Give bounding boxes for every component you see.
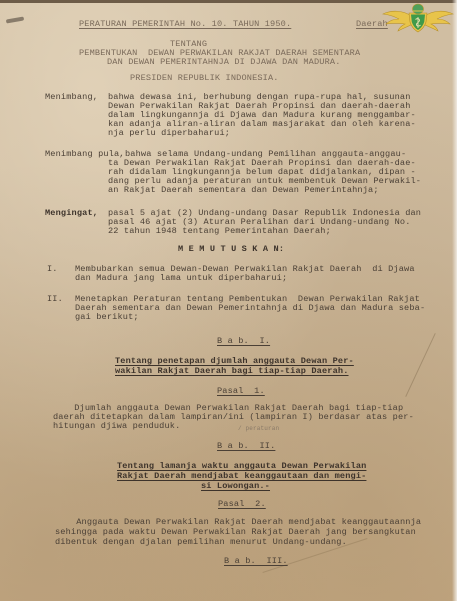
- winged-crest-logo-icon: [381, 2, 455, 34]
- decision-number: I.: [47, 265, 58, 275]
- article-line: hitungan djiwa penduduk.: [53, 422, 180, 432]
- article-heading: Pasal 1.: [217, 387, 265, 397]
- chapter-subtitle-line: wakilan Rakjat Daerah bagi tiap-tiap Dae…: [115, 367, 349, 377]
- article-heading: Pasal 2.: [218, 500, 266, 510]
- paper-crease: [405, 333, 435, 397]
- handwritten-note: / peraturan: [238, 424, 279, 434]
- paper-right-edge: [452, 0, 457, 601]
- decision-line: gai berikut;: [75, 313, 139, 323]
- regulation-title: PERATURAN PEMERINTAH No. 10. TAHUN 1950.: [79, 20, 291, 30]
- decision-number: II.: [47, 295, 63, 305]
- consideration-label: Mengingat,: [45, 209, 98, 219]
- chapter-heading: B a b. I.: [217, 337, 270, 347]
- chapter-heading: B a b. II.: [217, 442, 275, 452]
- title-line-3: DAN DEWAN PEMERINTAHNJA DI DJAWA DAN MAD…: [107, 58, 341, 68]
- consideration-line: nja perlu diperbaharui;: [108, 129, 230, 139]
- decision-line: dan Madura jang lama untuk diperbaharui;: [75, 274, 287, 284]
- issuer-line: PRESIDEN REPUBLIK INDONESIA.: [130, 74, 279, 84]
- consideration-line: an Rakjat Daerah sementara dan Dewan Pem…: [108, 186, 379, 196]
- consideration-line: 22 tahun 1948 tentang Pemerintahan Daera…: [108, 227, 331, 237]
- consideration-label: Menimbang,: [45, 93, 98, 103]
- article-line: dibentuk dengan djalan pemilihan menurut…: [55, 538, 347, 548]
- decision-heading: M E M U T U S K A N:: [178, 245, 284, 255]
- chapter-heading: B a b. III.: [224, 557, 288, 567]
- chapter-subtitle-line: si Lowongan.-: [201, 482, 270, 492]
- ink-smudge: [6, 16, 24, 23]
- document-page: PERATURAN PEMERINTAH No. 10. TAHUN 1950.…: [0, 0, 457, 601]
